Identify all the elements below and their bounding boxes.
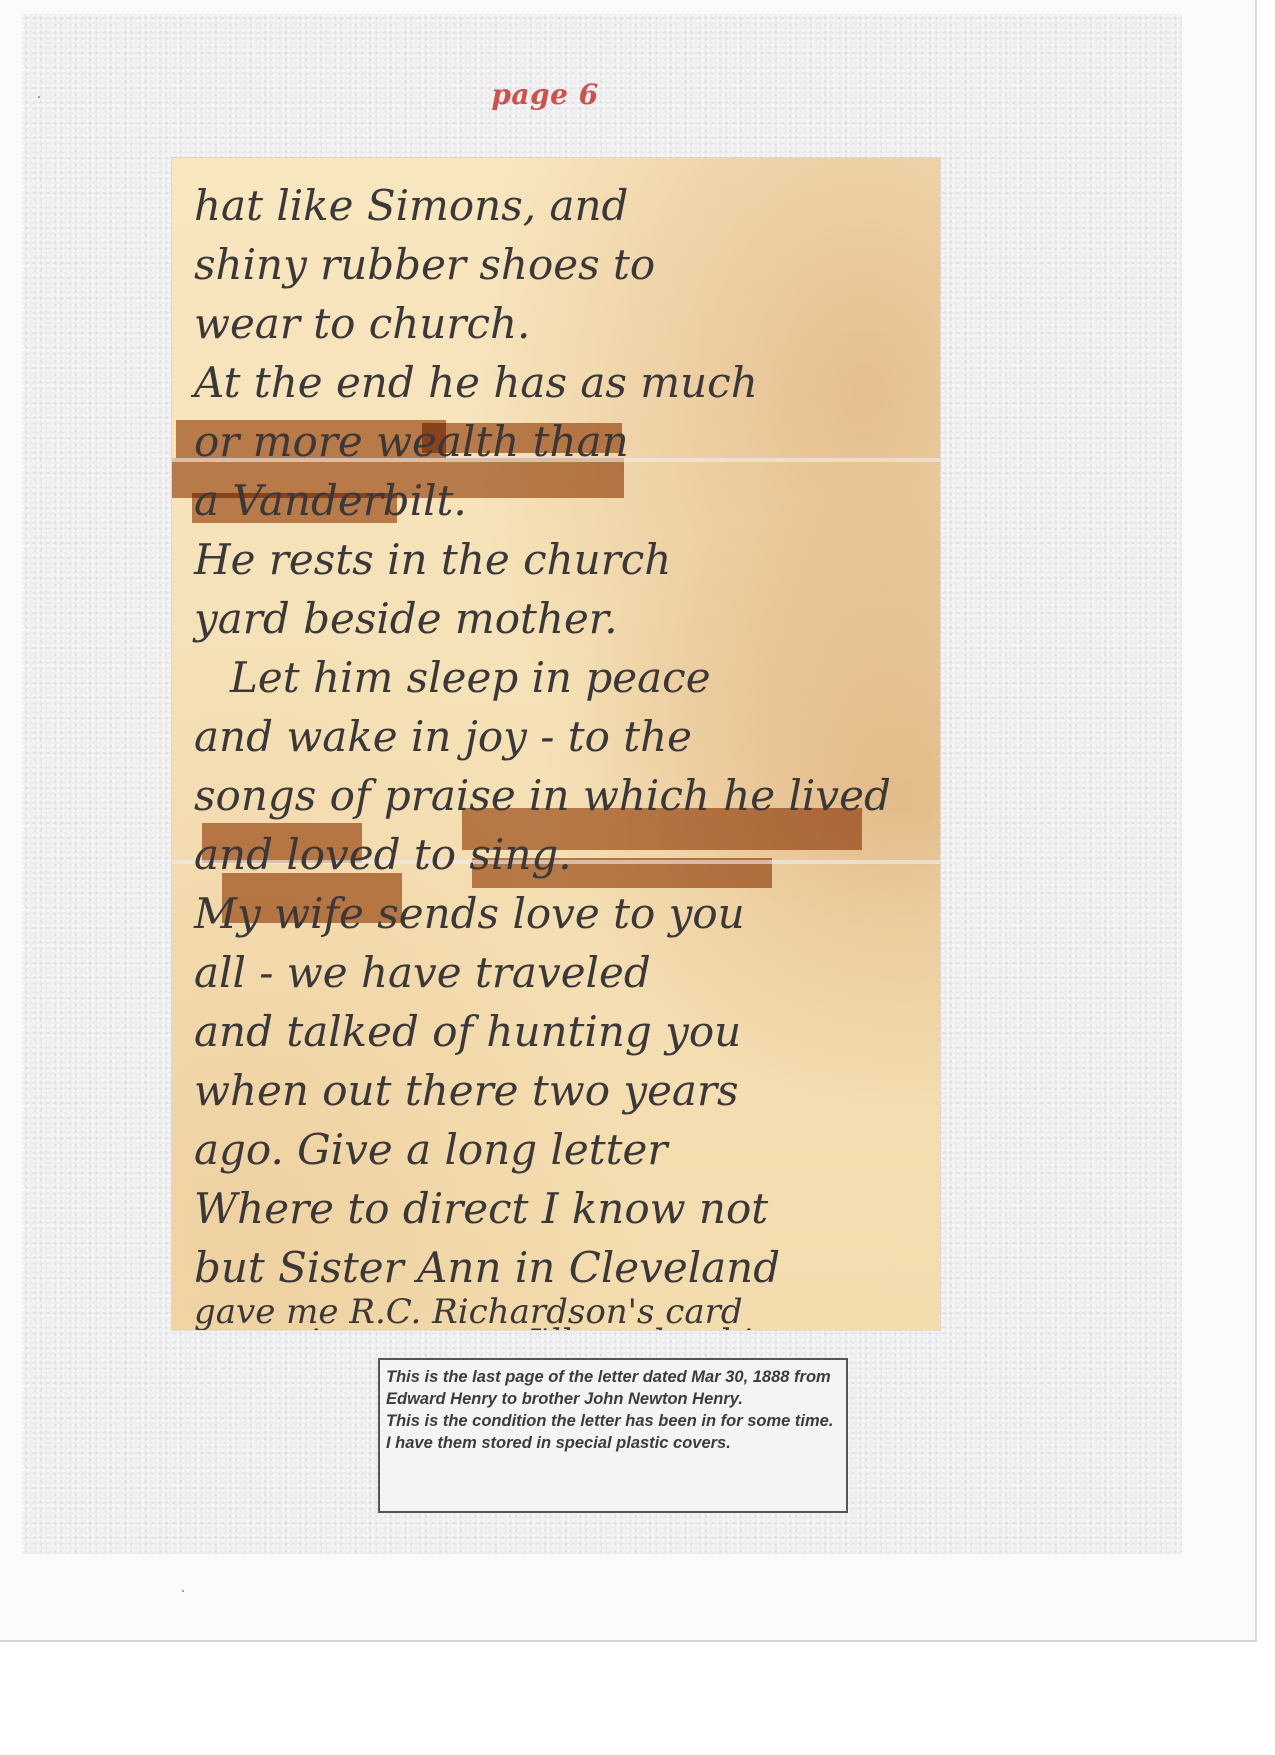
letter-text: hat like Simons, and shiny rubber shoes … [194, 176, 934, 1330]
handwritten-letter: hat like Simons, and shiny rubber shoes … [172, 158, 940, 1330]
letter-line: and loved to sing. [194, 825, 934, 884]
letter-line: or more wealth than [194, 412, 934, 471]
letter-line: songs of praise in which he lived [194, 766, 934, 825]
letter-line: My wife sends love to you [194, 884, 934, 943]
letter-line: Where to direct I know not [194, 1179, 934, 1238]
letter-line: some time ago - so I'll send to his [194, 1327, 934, 1330]
letter-line: At the end he has as much [194, 353, 934, 412]
scan-speck [182, 1590, 184, 1592]
letter-line: hat like Simons, and [194, 176, 934, 235]
scan-speck [38, 96, 40, 98]
caption-paragraph: This is the condition the letter has bee… [386, 1410, 840, 1454]
letter-line: and wake in joy - to the [194, 707, 934, 766]
letter-line: He rests in the church [194, 530, 934, 589]
caption-paragraph: This is the last page of the letter date… [386, 1366, 840, 1410]
letter-line: wear to church. [194, 294, 934, 353]
letter-line: shiny rubber shoes to [194, 235, 934, 294]
caption-box: This is the last page of the letter date… [378, 1358, 848, 1513]
letter-line: when out there two years [194, 1061, 934, 1120]
page-title: page 6 [480, 78, 610, 111]
letter-line: Let him sleep in peace [194, 648, 934, 707]
letter-line: all - we have traveled [194, 943, 934, 1002]
letter-line: a Vanderbilt. [194, 471, 934, 530]
letter-line: but Sister Ann in Cleveland [194, 1238, 934, 1297]
letter-line: yard beside mother. [194, 589, 934, 648]
letter-line: ago. Give a long letter [194, 1120, 934, 1179]
letter-line: and talked of hunting you [194, 1002, 934, 1061]
